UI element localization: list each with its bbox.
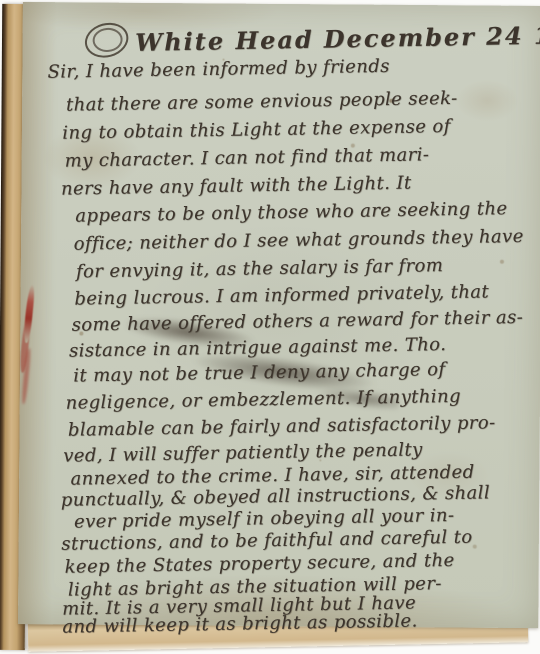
letter-line: ing to obtain this Light at the expense …: [62, 116, 451, 144]
letter-line: Sir, I have been informed by friends: [47, 56, 390, 83]
letter-line: sistance in an intrigue against me. Tho.: [69, 334, 447, 362]
foxing-speckles: [23, 2, 25, 4]
letter-line: some have offered others a reward for th…: [71, 307, 523, 336]
scanned-letter-image: White HeadDecember 24 1818 Sir, I have b…: [0, 0, 540, 654]
letter-dateline: White HeadDecember 24 1818: [83, 9, 540, 58]
dateline-place: White Head: [135, 25, 314, 57]
letter-line: my character. I can not find that mari-: [64, 144, 429, 171]
letter-line: appears to be only those who are seeking…: [75, 198, 507, 227]
letter-line: it may not be true I deny any charge of: [73, 359, 446, 386]
ink-flourish-icon: [81, 18, 132, 62]
letter-line: ners have any fault with the Light. It: [61, 173, 412, 200]
letter-line: office; neither do I see what grounds th…: [73, 226, 523, 255]
letter-line: negligence, or embezzlement. If anything: [65, 386, 461, 414]
letter-line: that there are some envious people seek-: [66, 88, 458, 116]
letter-line: blamable can be fairly and satisfactoril…: [68, 412, 496, 440]
letter-paper: White HeadDecember 24 1818 Sir, I have b…: [18, 2, 540, 628]
letter-line: for envying it, as the salary is far fro…: [76, 255, 444, 282]
dateline-date: December 24 1818: [323, 20, 540, 54]
letter-line: being lucrous. I am informed privately, …: [74, 281, 489, 309]
letter-text: White HeadDecember 24 1818 Sir, I have b…: [17, 1, 540, 629]
